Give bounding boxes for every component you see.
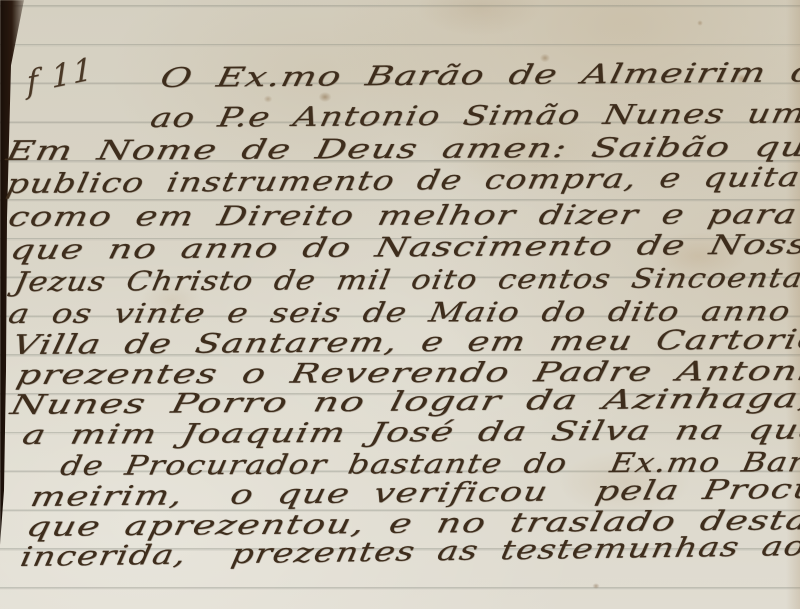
- manuscript-page: f 11 O Ex.mo Barão de Almeirim compra ao…: [0, 0, 800, 609]
- manuscript-line: Jezus Christo de mil oito centos Sincoen…: [12, 261, 800, 300]
- heading-line-1: O Ex.mo Barão de Almeirim compra: [157, 55, 800, 96]
- manuscript-line: publico instrumento de compra, e quitaçã…: [3, 160, 800, 202]
- heading-line-2: ao P.e Antonio Simão Nunes um predio: [147, 96, 800, 136]
